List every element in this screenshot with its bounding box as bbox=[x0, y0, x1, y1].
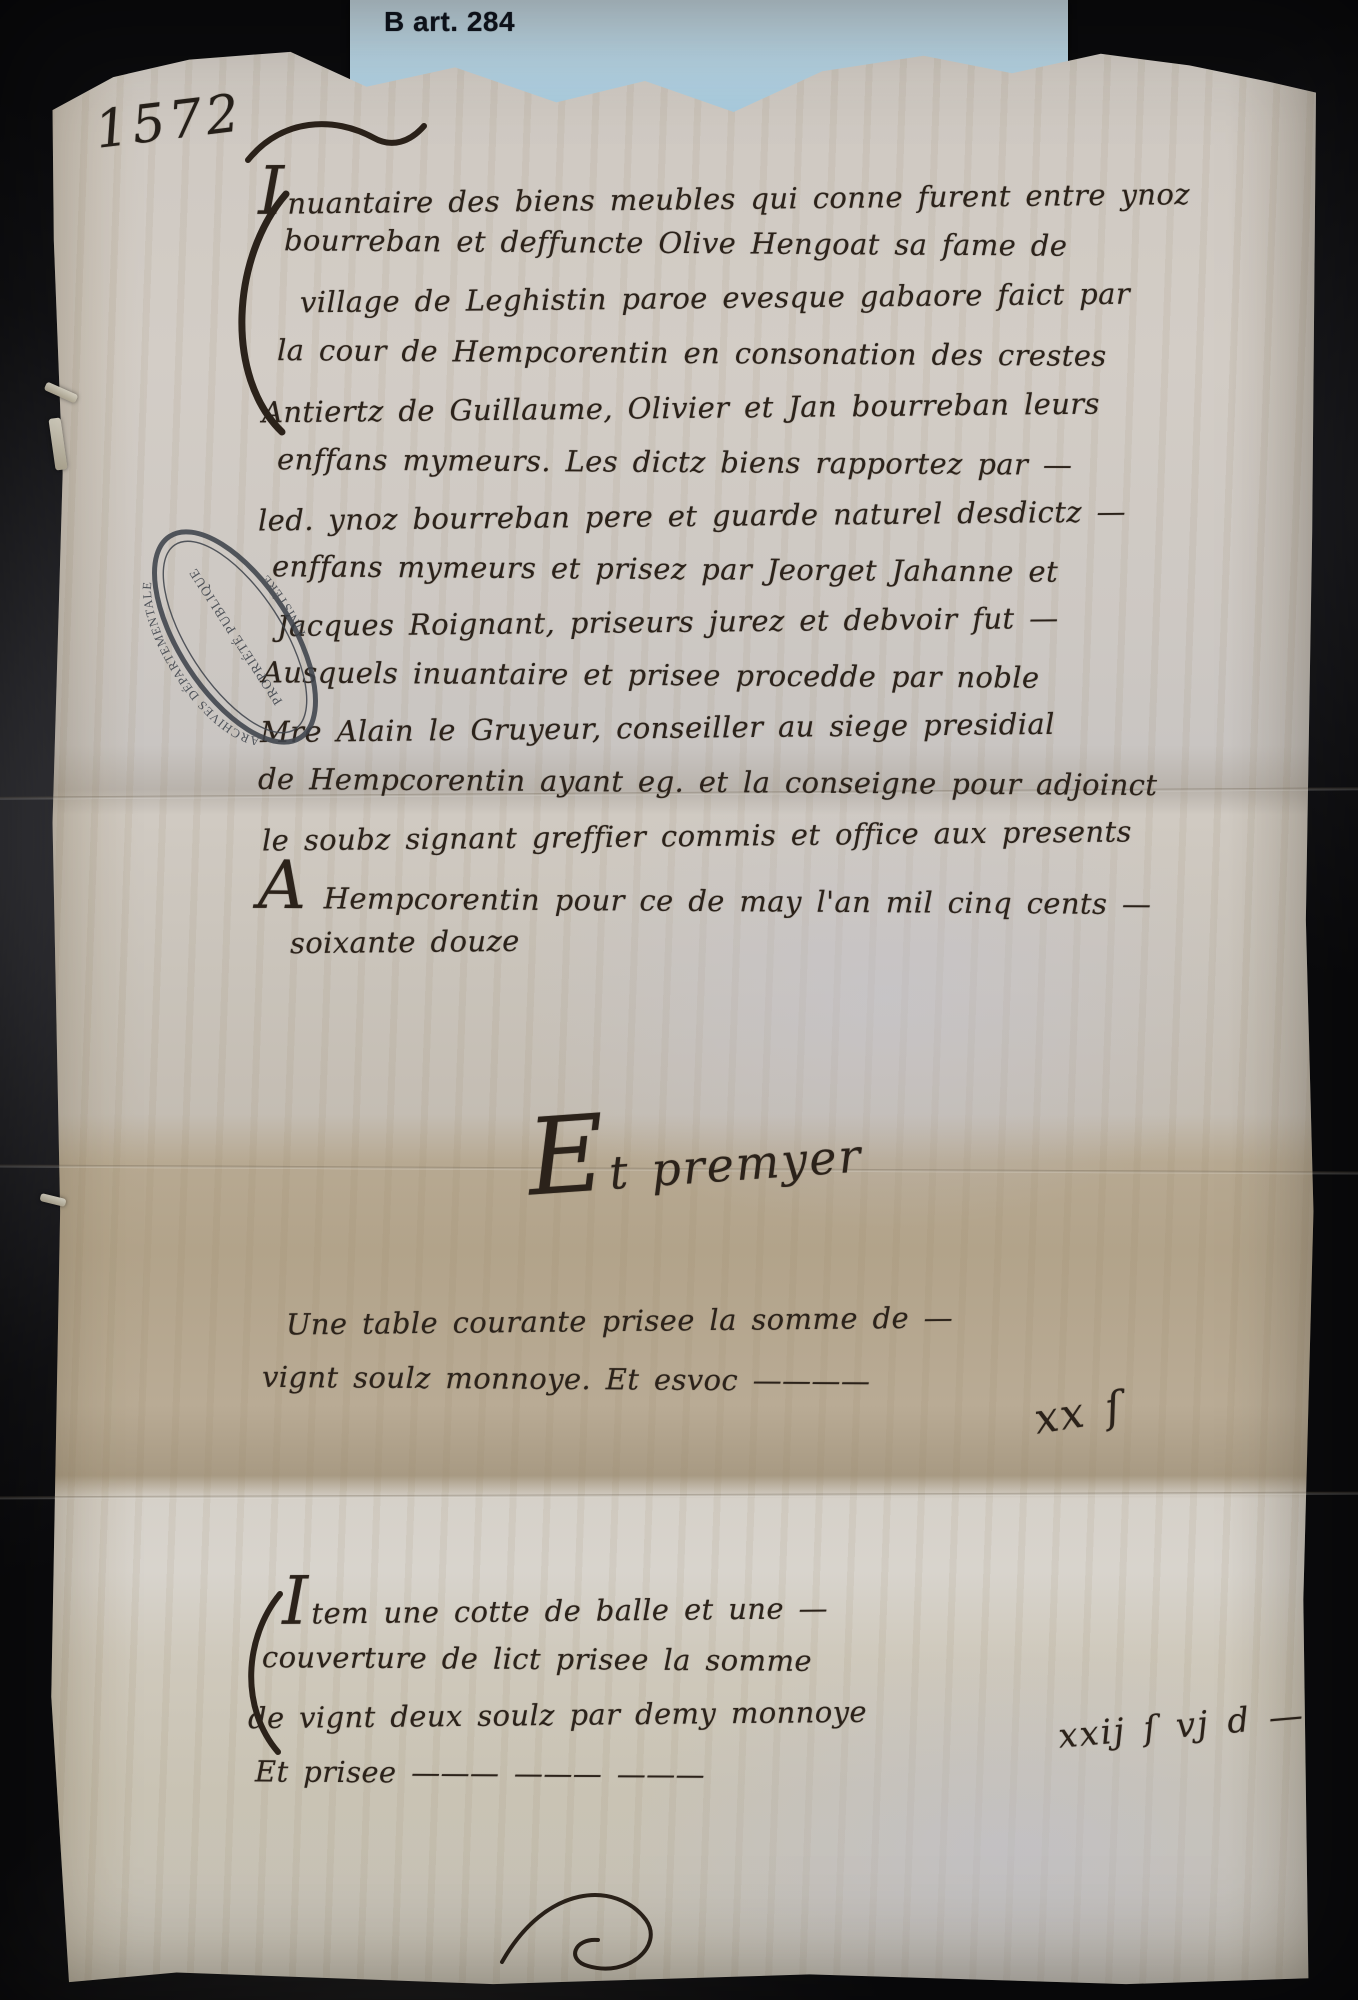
manuscript-line: A Hempcorentin pour ce de may l'an mil c… bbox=[258, 867, 1152, 921]
archive-stamp: ARCHIVES DÉPARTEMENTALES FINISTÈRE PROPR… bbox=[140, 506, 330, 768]
manuscript-line: soixante douze bbox=[290, 924, 520, 960]
item1-line: vignt soulz monnoye. Et esvoc ———— bbox=[262, 1360, 871, 1398]
svg-text:FINISTÈRE: FINISTÈRE bbox=[257, 570, 310, 640]
item2-line: Item une cotte de balle et une — bbox=[282, 1577, 828, 1631]
manuscript-line: la cour de Hempcorentin en consonation d… bbox=[277, 333, 1107, 373]
manuscript-line: bourreban et deffuncte Olive Hengoat sa … bbox=[284, 223, 1068, 262]
paraph-squiggle bbox=[488, 1866, 718, 1996]
manuscript-line: Ausquels inuantaire et prisee procedde p… bbox=[262, 655, 1040, 694]
item2-line: Et prisee ——— ——— ——— bbox=[255, 1754, 705, 1791]
manuscript-line: enffans mymeurs et prisez par Jeorget Ja… bbox=[272, 549, 1058, 588]
photo-background: B art. 284 1572 Inuantaire des biens meu… bbox=[0, 0, 1358, 2000]
stamp-text-finistere: FINISTÈRE bbox=[257, 570, 310, 640]
manuscript-line: enffans mymeurs. Les dictz biens rapport… bbox=[277, 442, 1073, 482]
item1-line: Une table courante prisee la somme de — bbox=[286, 1301, 953, 1342]
archive-card-label: B art. 284 bbox=[384, 6, 515, 38]
item2-line: de vignt deux soulz par demy monnoye bbox=[248, 1695, 867, 1735]
manuscript-line: de Hempcorentin ayant eg. et la conseign… bbox=[258, 762, 1158, 802]
item2-line: couverture de lict prisee la somme bbox=[262, 1640, 812, 1678]
manuscript-line: Inuantaire des biens meubles qui conne f… bbox=[258, 163, 1190, 221]
